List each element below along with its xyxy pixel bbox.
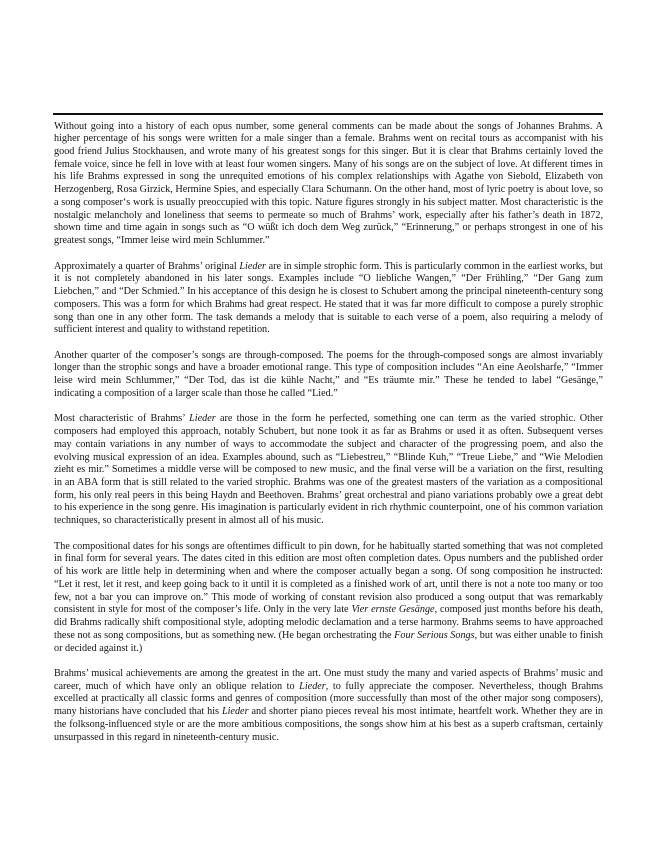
italic-text-run: Lieder (189, 413, 216, 424)
text-run: Without going into a history of each opu… (54, 121, 603, 247)
paragraph: The compositional dates for his songs ar… (54, 541, 603, 656)
text-run: are those in the form he perfected, some… (54, 413, 603, 526)
text-run: Most characteristic of Brahms’ (54, 413, 189, 424)
italic-text-run: Four Serious Songs (394, 630, 474, 641)
paragraph: Most characteristic of Brahms’ Lieder ar… (54, 413, 603, 528)
text-run: Another quarter of the composer’s songs … (54, 350, 603, 399)
top-rule (53, 113, 603, 115)
italic-text-run: Lieder (222, 706, 249, 717)
paragraph: Brahms’ musical achievements are among t… (54, 668, 603, 744)
italic-text-run: Lieder (299, 681, 326, 692)
paragraph: Approximately a quarter of Brahms’ origi… (54, 261, 603, 337)
paragraph: Without going into a history of each opu… (54, 121, 603, 248)
italic-text-run: Vier ernste Gesänge (351, 604, 434, 615)
italic-text-run: Lieder (239, 261, 266, 272)
book-page: Without going into a history of each opu… (0, 0, 650, 841)
text-run: Approximately a quarter of Brahms’ origi… (54, 261, 239, 272)
paragraph: Another quarter of the composer’s songs … (54, 350, 603, 401)
body-text: Without going into a history of each opu… (54, 121, 603, 745)
